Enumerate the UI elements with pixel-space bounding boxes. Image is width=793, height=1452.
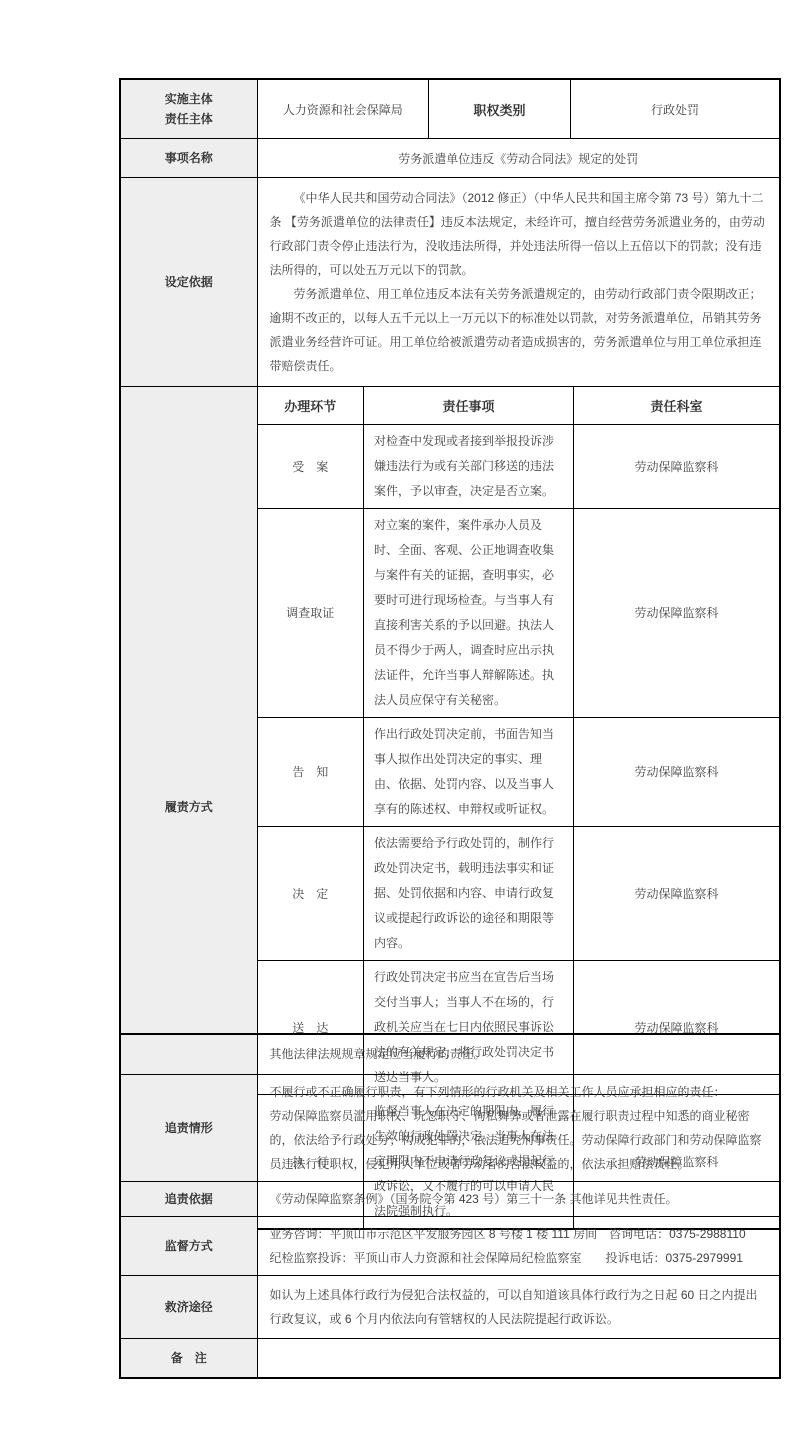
other-duty-value: 其他法律法规规章规定应当履行的责任。	[257, 1034, 780, 1074]
implementer-agency: 人力资源和社会保障局	[258, 80, 429, 138]
step-department: 劳动保障监察科	[574, 508, 780, 717]
duty-step-row-investigate: 调查取证 对立案的案件，案件承办人员及时、全面、客观、公正地调查收集与案件有关的…	[258, 508, 780, 717]
step-name: 告 知	[258, 717, 364, 826]
step-name: 决 定	[258, 826, 364, 960]
label-accountability-basis: 追责依据	[120, 1181, 257, 1216]
step-duty: 对检查中发现或者接到举报投诉涉嫌违法行为或有关部门移送的违法案件，予以审查，决定…	[364, 424, 574, 508]
accountability-basis-value: 《劳动保障监察条例》（国务院令第 423 号）第三十一条 其他详见共性责任。	[257, 1181, 780, 1216]
duty-steps-header-row: 办理环节 责任事项 责任科室	[258, 387, 780, 424]
label-supervision-method: 监督方式	[120, 1216, 257, 1275]
step-name: 受 案	[258, 424, 364, 508]
step-duty: 依法需要给予行政处罚的，制作行政处罚决定书，载明违法事实和证据、处罚依据和内容、…	[364, 826, 574, 960]
power-type-value: 行政处罚	[571, 80, 780, 138]
label-remedy-channel: 救济途径	[120, 1275, 257, 1338]
subject-row-content: 人力资源和社会保障局 职权类别 行政处罚	[257, 79, 780, 139]
responsibility-list-page: 实施主体 责任主体 人力资源和社会保障局 职权类别 行政处罚 事项名称 劳务派遣…	[0, 0, 793, 1452]
label-accountability-situation: 追责情形	[120, 1074, 257, 1181]
step-duty: 对立案的案件，案件承办人员及时、全面、客观、公正地调查收集与案件有关的证据，查明…	[364, 508, 574, 717]
accountability-table: 其他法律法规规章规定应当履行的责任。 追责情形 不履行或不正确履行职责，有下列情…	[119, 1033, 781, 1379]
supervision-consult-line: 业务咨询：平顶山市示范区平发服务园区 8 号楼 1 楼 111 房间 咨询电话：…	[270, 1222, 768, 1246]
duty-step-row-notify: 告 知 作出行政处罚决定前，书面告知当事人拟作出处罚决定的事实、理由、依据、处罚…	[258, 717, 780, 826]
header-duty-department: 责任科室	[574, 387, 780, 424]
accountability-situation-line-1: 不履行或不正确履行职责，有下列情形的行政机关及相关工作人员应承担相应的责任：	[270, 1080, 768, 1104]
step-department: 劳动保障监察科	[574, 717, 780, 826]
step-name: 调查取证	[258, 508, 364, 717]
header-duty-item: 责任事项	[364, 387, 574, 424]
subject-inner-table: 人力资源和社会保障局 职权类别 行政处罚	[258, 80, 780, 138]
remark-value	[257, 1338, 780, 1378]
setting-basis-paragraph-1: 《中华人民共和国劳动合同法》（2012 修正）（中华人民共和国主席令第 73 号…	[270, 186, 768, 282]
accountability-situation-value: 不履行或不正确履行职责，有下列情形的行政机关及相关工作人员应承担相应的责任： 劳…	[257, 1074, 780, 1181]
duty-step-row-decide: 决 定 依法需要给予行政处罚的，制作行政处罚决定书，载明违法事实和证据、处罚依据…	[258, 826, 780, 960]
step-department: 劳动保障监察科	[574, 424, 780, 508]
label-other-duty-empty	[120, 1034, 257, 1074]
supervision-method-value: 业务咨询：平顶山市示范区平发服务园区 8 号楼 1 楼 111 房间 咨询电话：…	[257, 1216, 780, 1275]
label-implementing-subject: 实施主体 责任主体	[120, 79, 257, 139]
supervision-complaint-line: 纪检监察投诉：平顶山市人力资源和社会保障局纪检监察室 投诉电话：0375-297…	[270, 1246, 768, 1270]
duty-step-row-accept: 受 案 对检查中发现或者接到举报投诉涉嫌违法行为或有关部门移送的违法案件，予以审…	[258, 424, 780, 508]
label-setting-basis: 设定依据	[120, 178, 257, 387]
label-power-type: 职权类别	[429, 80, 571, 138]
step-department: 劳动保障监察科	[574, 826, 780, 960]
setting-basis-paragraph-2: 劳务派遣单位、用工单位违反本法有关劳务派遣规定的，由劳动行政部门责令限期改正；逾…	[270, 282, 768, 378]
accountability-situation-line-2: 劳动保障监察员滥用职权、玩忽职守、徇私舞弊或者泄露在履行职责过程中知悉的商业秘密…	[270, 1104, 768, 1176]
step-duty: 作出行政处罚决定前，书面告知当事人拟作出处罚决定的事实、理由、依据、处罚内容、以…	[364, 717, 574, 826]
label-item-name: 事项名称	[120, 139, 257, 178]
label-remark: 备 注	[120, 1338, 257, 1378]
setting-basis-value: 《中华人民共和国劳动合同法》（2012 修正）（中华人民共和国主席令第 73 号…	[257, 178, 780, 387]
remedy-channel-value: 如认为上述具体行政行为侵犯合法权益的，可以自知道该具体行政行为之日起 60 日之…	[257, 1275, 780, 1338]
header-step-stage: 办理环节	[258, 387, 364, 424]
item-name-value: 劳务派遣单位违反《劳动合同法》规定的处罚	[257, 139, 780, 178]
